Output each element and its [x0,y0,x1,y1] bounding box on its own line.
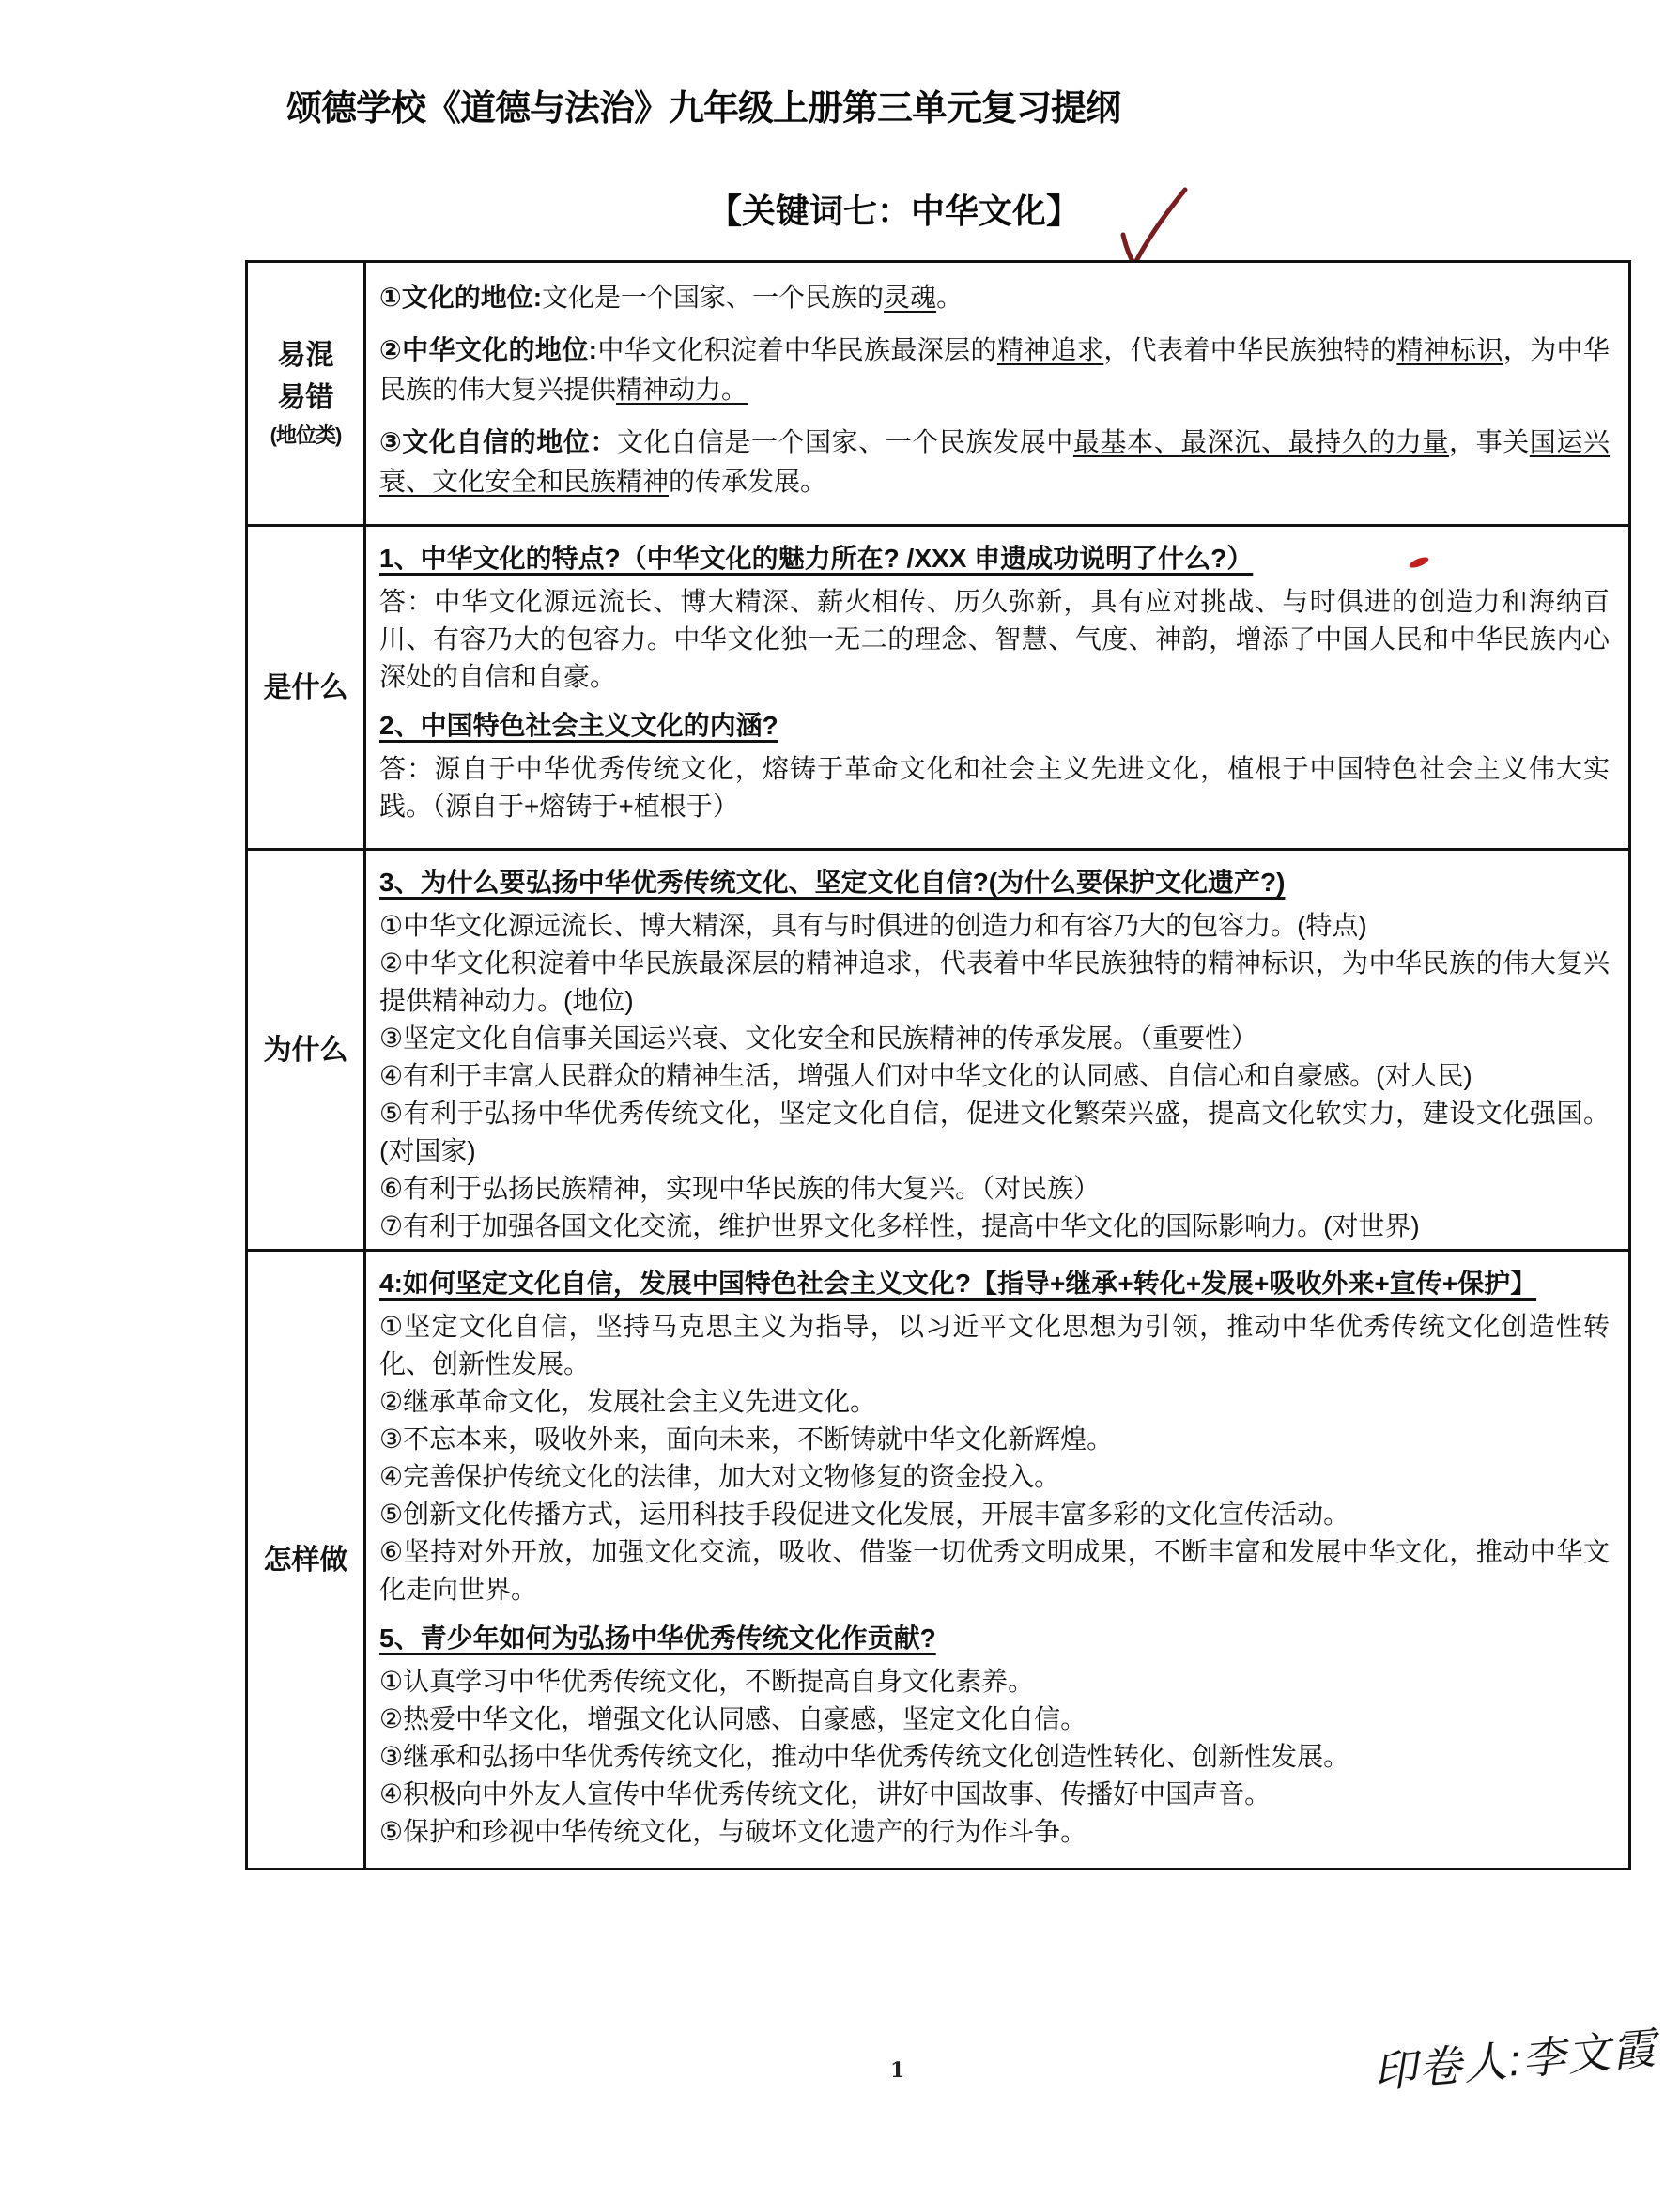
text-run: 精神动力。 [616,375,748,404]
text-run: 答：源自于中华优秀传统文化，熔铸于革命文化和社会主义先进文化，植根于中国特色社会… [379,754,1610,821]
text-run: ②中华文化的地位: [379,335,597,364]
red-pen-mark-icon [1405,554,1433,571]
text-run: ③继承和弘扬中华优秀传统文化，推动中华优秀传统文化创造性转化、创新性发展。 [379,1742,1349,1771]
text-run: ②继承革命文化，发展社会主义先进文化。 [379,1387,876,1416]
answer-paragraph: ⑦有利于加强各国文化交流，维护世界文化多样性，提高中华文化的国际影响力。(对世界… [379,1208,1610,1245]
answer-paragraph: ④积极向中外友人宣传中华优秀传统文化，讲好中国故事、传播好中国声音。 [379,1776,1610,1813]
row-content-what: 1、中华文化的特点?（中华文化的魅力所在? /XXX 申遗成功说明了什么?）答：… [366,524,1628,848]
answer-paragraph: ①认真学习中华优秀传统文化，不断提高自身文化素养。 [379,1663,1610,1701]
text-run: ①坚定文化自信，坚持马克思主义为指导，以习近平文化思想为引领，推动中华优秀传统文… [379,1312,1610,1378]
text-run: ③不忘本来，吸收外来，面向未来，不断铸就中华文化新辉煌。 [379,1424,1113,1454]
answer-paragraph: ⑤有利于弘扬中华优秀传统文化，坚定文化自信，促进文化繁荣兴盛，提高文化软实力，建… [379,1095,1610,1170]
answer-paragraph: ③坚定文化自信事关国运兴衰、文化安全和民族精神的传承发展。（重要性） [379,1020,1610,1057]
document-page: 颂德学校《道德与法治》九年级上册第三单元复习提纲 【关键词七：中华文化】 易混易… [0,0,1680,2201]
text-run: 灵魂 [884,283,936,312]
text-run: ②中华文化积淀着中华民族最深层的精神追求，代表着中华民族独特的精神标识，为中华民… [379,948,1610,1015]
text-run: 中华文化积淀着中华民族最深层的 [597,335,997,364]
answer-paragraph: 答：源自于中华优秀传统文化，熔铸于革命文化和社会主义先进文化，植根于中国特色社会… [379,750,1610,825]
row-label-line: 易错 [278,382,334,413]
answer-paragraph: 答：中华文化源远流长、博大精深、薪火相传、历久弥新，具有应对挑战、与时俱进的创造… [379,583,1610,696]
answer-paragraph: ①坚定文化自信，坚持马克思主义为指导，以习近平文化思想为引领，推动中华优秀传统文… [379,1308,1610,1383]
answer-paragraph: ④有利于丰富人民群众的精神生活，增强人们对中华文化的认同感、自信心和自豪感。(对… [379,1057,1610,1095]
page-number: 1 [890,2058,904,2083]
row-content-why: 3、为什么要弘扬中华优秀传统文化、坚定文化自信?(为什么要保护文化遗产?)①中华… [366,848,1628,1249]
question-heading: 3、为什么要弘扬中华优秀传统文化、坚定文化自信?(为什么要保护文化遗产?) [379,864,1610,901]
row-label-line: 是什么 [264,672,348,703]
text-run: ①中华文化源远流长、博大精深，具有与时俱进的创造力和有容乃大的包容力。(特点) [379,911,1367,940]
text-run: ③文化自信的地位： [379,427,617,456]
text-run: 精神标识 [1396,335,1503,364]
row-label-yihun-yicuo: 易混易错(地位类) [248,263,366,524]
text-run: ①文化的地位: [379,283,542,312]
text-run: ②热爱中华文化，增强文化认同感、自豪感，坚定文化自信。 [379,1704,1087,1733]
text-run: 1、中华文化的特点?（中华文化的魅力所在? /XXX 申遗成功说明了什么?） [379,544,1253,573]
row-label-line: 为什么 [264,1035,348,1066]
answer-paragraph: ⑥有利于弘扬民族精神，实现中华民族的伟大复兴。（对民族） [379,1170,1610,1208]
text-run: ④有利于丰富人民群众的精神生活，增强人们对中华文化的认同感、自信心和自豪感。(对… [379,1061,1472,1090]
text-run: ⑤有利于弘扬中华优秀传统文化，坚定文化自信，促进文化繁荣兴盛，提高文化软实力，建… [379,1099,1610,1165]
question-heading: 4:如何坚定文化自信，发展中国特色社会主义文化?【指导+继承+转化+发展+吸收外… [379,1265,1610,1302]
text-run: ③坚定文化自信事关国运兴衰、文化安全和民族精神的传承发展。（重要性） [379,1024,1257,1053]
answer-paragraph: ④完善保护传统文化的法律，加大对文物修复的资金投入。 [379,1458,1610,1496]
document-title: 颂德学校《道德与法治》九年级上册第三单元复习提纲 [286,79,1120,131]
text-run: ①认真学习中华优秀传统文化，不断提高自身文化素养。 [379,1667,1034,1696]
answer-paragraph: ②继承革命文化，发展社会主义先进文化。 [379,1383,1610,1421]
question-heading: 5、青少年如何为弘扬中华优秀传统文化作贡献? [379,1620,1610,1657]
answer-paragraph: ②热爱中华文化，增强文化认同感、自豪感，坚定文化自信。 [379,1701,1610,1738]
text-run: 文化是一个国家、一个民族的 [542,283,884,312]
row-content-status: ①文化的地位:文化是一个国家、一个民族的灵魂。②中华文化的地位:中华文化积淀着中… [366,263,1628,524]
text-run: ⑥坚持对外开放，加强文化交流，吸收、借鉴一切优秀文明成果，不断丰富和发展中华文化… [379,1537,1610,1604]
answer-paragraph: ⑥坚持对外开放，加强文化交流，吸收、借鉴一切优秀文明成果，不断丰富和发展中华文化… [379,1533,1610,1608]
text-run: ⑤保护和珍视中华传统文化，与破坏文化遗产的行为作斗争。 [379,1817,1087,1846]
text-run: ⑤创新文化传播方式，运用科技手段促进文化发展，开展丰富多彩的文化宣传活动。 [379,1500,1349,1529]
answer-paragraph: ⑤保护和珍视中华传统文化，与破坏文化遗产的行为作斗争。 [379,1813,1610,1851]
text-run: ，事关 [1449,427,1530,456]
answer-paragraph: ③不忘本来，吸收外来，面向未来，不断铸就中华文化新辉煌。 [379,1421,1610,1458]
text-run: ④完善保护传统文化的法律，加大对文物修复的资金投入。 [379,1462,1060,1491]
section-keyword-title: 【关键词七：中华文化】 [708,185,1080,233]
answer-paragraph: ⑤创新文化传播方式，运用科技手段促进文化发展，开展丰富多彩的文化宣传活动。 [379,1496,1610,1533]
answer-paragraph: ③文化自信的地位：文化自信是一个国家、一个民族发展中最基本、最深沉、最持久的力量… [379,423,1610,501]
text-run: 。 [936,283,963,312]
answer-paragraph: ①文化的地位:文化是一个国家、一个民族的灵魂。 [379,278,1610,317]
answer-paragraph: ②中华文化积淀着中华民族最深层的精神追求，代表着中华民族独特的精神标识，为中华民… [379,945,1610,1020]
row-label-line: 怎样做 [264,1545,348,1576]
row-label-line: (地位类) [270,424,342,447]
row-label-what: 是什么 [248,524,366,848]
text-run: ⑦有利于加强各国文化交流，维护世界文化多样性，提高中华文化的国际影响力。(对世界… [379,1211,1420,1240]
row-label-line: 易混 [278,340,334,371]
text-run: ⑥有利于弘扬民族精神，实现中华民族的伟大复兴。（对民族） [379,1174,1100,1203]
text-run: 最基本、最深沉、最持久的力量 [1073,427,1449,456]
text-run: 5、青少年如何为弘扬中华优秀传统文化作贡献? [379,1624,936,1653]
row-content-how: 4:如何坚定文化自信，发展中国特色社会主义文化?【指导+继承+转化+发展+吸收外… [366,1249,1628,1868]
text-run: ，代表着中华民族独特的 [1103,335,1396,364]
text-run: 2、中国特色社会主义文化的内涵? [379,711,778,740]
row-label-why: 为什么 [248,848,366,1249]
answer-paragraph: ③继承和弘扬中华优秀传统文化，推动中华优秀传统文化创造性转化、创新性发展。 [379,1738,1610,1776]
answer-paragraph: ②中华文化的地位:中华文化积淀着中华民族最深层的精神追求，代表着中华民族独特的精… [379,331,1610,409]
text-run: 4:如何坚定文化自信，发展中国特色社会主义文化?【指导+继承+转化+发展+吸收外… [379,1269,1536,1298]
text-run: 文化自信是一个国家、一个民族发展中 [617,427,1073,456]
text-run: 3、为什么要弘扬中华优秀传统文化、坚定文化自信?(为什么要保护文化遗产?) [379,868,1285,897]
answer-paragraph: ①中华文化源远流长、博大精深，具有与时俱进的创造力和有容乃大的包容力。(特点) [379,907,1610,945]
signature-handwriting: 印卷人:李文霞 [1371,2014,1659,2101]
row-label-how: 怎样做 [248,1249,366,1868]
question-heading: 2、中国特色社会主义文化的内涵? [379,707,1610,745]
review-table: 易混易错(地位类) ①文化的地位:文化是一个国家、一个民族的灵魂。②中华文化的地… [245,260,1631,1870]
text-run: 的传承发展。 [669,467,826,496]
text-run: 答：中华文化源远流长、博大精深、薪火相传、历久弥新，具有应对挑战、与时俱进的创造… [379,587,1610,691]
text-run: 精神追求 [997,335,1103,364]
text-run: ④积极向中外友人宣传中华优秀传统文化，讲好中国故事、传播好中国声音。 [379,1779,1271,1809]
